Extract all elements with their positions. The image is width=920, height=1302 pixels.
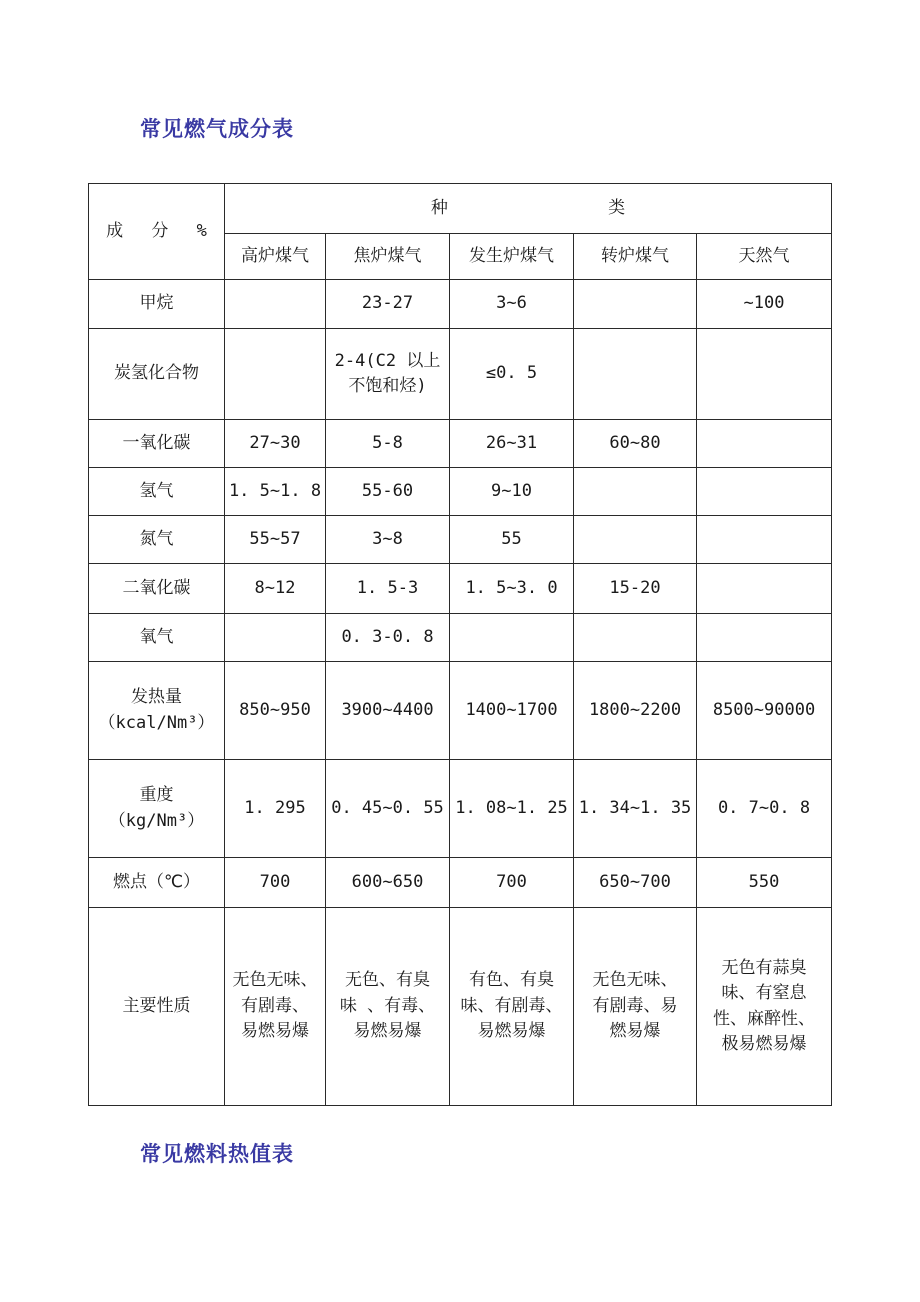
row-label: 甲烷 [89,280,225,329]
value-cell: 650~700 [574,858,697,908]
value-cell: ~100 [697,280,832,329]
value-cell: 1. 295 [225,760,326,858]
value-cell [697,468,832,516]
row-label: 发热量 （kcal/Nm³） [89,662,225,760]
column-header-coke-oven-gas: 焦炉煤气 [326,234,450,280]
column-header-natural-gas: 天然气 [697,234,832,280]
table-row-calorific-value: 发热量 （kcal/Nm³） 850~950 3900~4400 1400~17… [89,662,832,760]
table-row-carbon-dioxide: 二氧化碳 8~12 1. 5-3 1. 5~3. 0 15-20 [89,564,832,614]
table-row-density: 重度 （kg/Nm³） 1. 295 0. 45~0. 55 1. 08~1. … [89,760,832,858]
value-cell [697,516,832,564]
value-cell: 1800~2200 [574,662,697,760]
value-cell: 55~57 [225,516,326,564]
value-cell: 2-4(C2 以上 不饱和烃) [326,329,450,420]
value-cell: 3900~4400 [326,662,450,760]
column-header-blast-furnace-gas: 高炉煤气 [225,234,326,280]
value-cell: 无色无味、 有剧毒、易 燃易爆 [574,908,697,1106]
row-label: 二氧化碳 [89,564,225,614]
value-cell: 1. 5~1. 8 [225,468,326,516]
value-cell: 700 [225,858,326,908]
table-row-ignition-point: 燃点（℃） 700 600~650 700 650~700 550 [89,858,832,908]
value-cell: 55 [450,516,574,564]
value-cell: 无色、有臭 味 、有毒、 易燃易爆 [326,908,450,1106]
value-cell: 无色无味、 有剧毒、 易燃易爆 [225,908,326,1106]
value-cell [225,280,326,329]
value-cell: 23-27 [326,280,450,329]
value-cell: 0. 3-0. 8 [326,614,450,662]
value-cell: 1. 08~1. 25 [450,760,574,858]
value-cell [697,564,832,614]
row-label: 炭氢化合物 [89,329,225,420]
value-cell: 1. 5-3 [326,564,450,614]
value-cell: 3~8 [326,516,450,564]
column-header-producer-gas: 发生炉煤气 [450,234,574,280]
table-row-methane: 甲烷 23-27 3~6 ~100 [89,280,832,329]
section-title-gas-composition: 常见燃气成分表 [140,113,294,143]
row-label: 重度 （kg/Nm³） [89,760,225,858]
value-cell [574,280,697,329]
value-cell [450,614,574,662]
value-cell: 无色有蒜臭 味、有窒息 性、麻醉性、 极易燃易爆 [697,908,832,1106]
value-cell [574,614,697,662]
value-cell [574,468,697,516]
value-cell [574,329,697,420]
column-header-converter-gas: 转炉煤气 [574,234,697,280]
table-row-main-properties: 主要性质 无色无味、 有剧毒、 易燃易爆 无色、有臭 味 、有毒、 易燃易爆 有… [89,908,832,1106]
value-cell [225,329,326,420]
corner-header-cell: 成 分 % [89,184,225,280]
value-cell: 3~6 [450,280,574,329]
category-header-cell: 种 类 [225,184,832,234]
value-cell [697,420,832,468]
row-label: 主要性质 [89,908,225,1106]
section-title-fuel-heat-value: 常见燃料热值表 [140,1138,294,1168]
gas-composition-table: 成 分 % 种 类 高炉煤气 焦炉煤气 发生炉煤气 转炉煤气 天然气 甲烷 23… [88,183,832,1106]
value-cell: 1400~1700 [450,662,574,760]
value-cell [697,614,832,662]
value-cell: 0. 45~0. 55 [326,760,450,858]
row-label: 氮气 [89,516,225,564]
value-cell: 27~30 [225,420,326,468]
header-row-category: 成 分 % 种 类 [89,184,832,234]
row-label: 氧气 [89,614,225,662]
value-cell: 有色、有臭 味、有剧毒、 易燃易爆 [450,908,574,1106]
document-page: 常见燃气成分表 成 分 % 种 类 高炉煤气 焦炉煤气 发生炉煤气 转炉煤气 天… [0,0,920,1302]
value-cell: ≤0. 5 [450,329,574,420]
value-cell: 9~10 [450,468,574,516]
value-cell: 8500~90000 [697,662,832,760]
table-row-carbon-monoxide: 一氧化碳 27~30 5-8 26~31 60~80 [89,420,832,468]
value-cell: 600~650 [326,858,450,908]
value-cell: 1. 5~3. 0 [450,564,574,614]
value-cell [697,329,832,420]
value-cell [225,614,326,662]
row-label: 燃点（℃） [89,858,225,908]
row-label: 一氧化碳 [89,420,225,468]
value-cell [574,516,697,564]
value-cell: 15-20 [574,564,697,614]
table-row-oxygen: 氧气 0. 3-0. 8 [89,614,832,662]
value-cell: 55-60 [326,468,450,516]
value-cell: 1. 34~1. 35 [574,760,697,858]
value-cell: 850~950 [225,662,326,760]
value-cell: 0. 7~0. 8 [697,760,832,858]
value-cell: 26~31 [450,420,574,468]
value-cell: 5-8 [326,420,450,468]
table-row-nitrogen: 氮气 55~57 3~8 55 [89,516,832,564]
value-cell: 550 [697,858,832,908]
value-cell: 700 [450,858,574,908]
table-row-hydrogen: 氢气 1. 5~1. 8 55-60 9~10 [89,468,832,516]
value-cell: 60~80 [574,420,697,468]
row-label: 氢气 [89,468,225,516]
value-cell: 8~12 [225,564,326,614]
table-row-hydrocarbons: 炭氢化合物 2-4(C2 以上 不饱和烃) ≤0. 5 [89,329,832,420]
